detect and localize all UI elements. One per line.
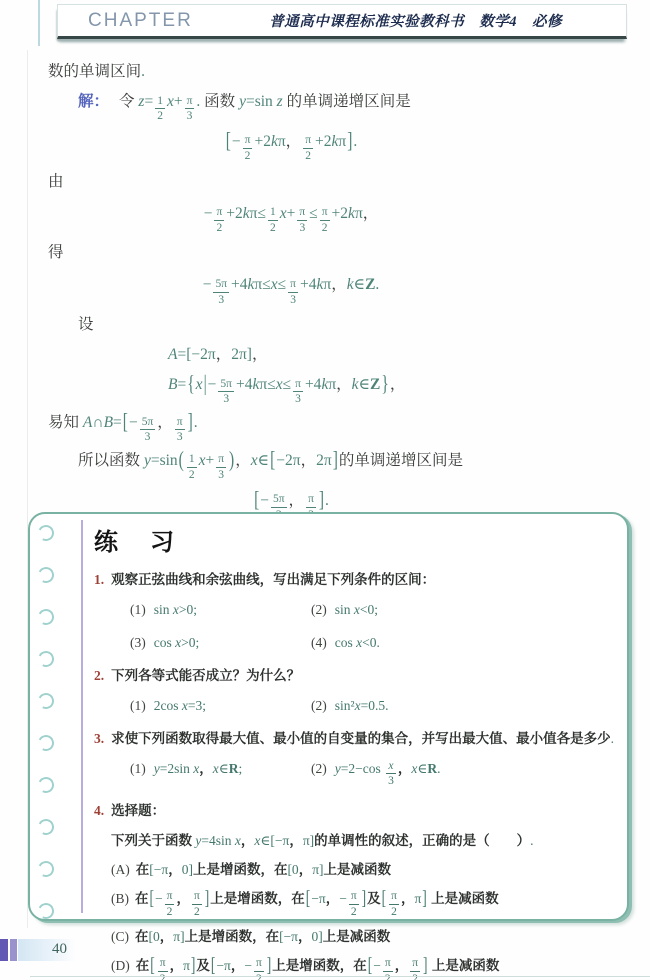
book-title: 普通高中课程标准实验教科书 数学4 必修	[269, 10, 562, 31]
exercise-item: 1.观察正弦曲线和余弦曲线，写出满足下列条件的区间：(1)sin x>0;(2)…	[94, 569, 617, 653]
exercise-item-number: 1.	[94, 572, 104, 587]
exercise-box: 练 习 1.观察正弦曲线和余弦曲线，写出满足下列条件的区间：(1)sin x>0…	[28, 512, 629, 921]
exercise-items: 1.观察正弦曲线和余弦曲线，写出满足下列条件的区间：(1)sin x>0;(2)…	[94, 569, 617, 980]
solution-step-label: 解：	[78, 93, 109, 110]
solution-line: 数的单调区间.	[48, 58, 534, 85]
solution-line: 由	[48, 168, 534, 195]
exercise-subitems: (1)y=2sin x，x∈R;(2)y=2−cos x3，x∈R.	[130, 758, 617, 788]
margin-rule	[81, 520, 83, 913]
solution-line: −5π3+4kπ≤x≤π3+4kπ，k∈Z.	[48, 271, 534, 306]
fraction: π3	[216, 453, 226, 481]
solution-line: 设	[48, 311, 534, 338]
exercise-subitems: (1)sin x>0;(2)sin x<0;(3)cos x>0;(4)cos …	[130, 599, 617, 653]
exercise-item-number: 2.	[94, 668, 104, 683]
fraction: π3	[293, 378, 303, 406]
exercise-item-text: 求使下列函数取得最大值、最小值的自变量的集合，并写出最大值、最小值各是多少.	[111, 731, 614, 746]
option-label: (C)	[111, 929, 129, 944]
fraction: 5π3	[218, 378, 234, 406]
exercise-question-stem: 下列关于函数 y=4sin x，x∈[−π，π]的单调性的叙述，正确的是（ ）.	[111, 830, 617, 851]
subitem-label: (2)	[311, 698, 327, 713]
fraction: π2	[320, 206, 330, 234]
footer-block-dark	[0, 939, 8, 961]
subitem-label: (1)	[130, 698, 146, 713]
exercise-subitem: (2)y=2−cos x3，x∈R.	[311, 758, 617, 788]
option-label: (D)	[111, 958, 130, 973]
exercise-item-number: 4.	[94, 803, 104, 818]
exercise-subitem: (2)sin²x=0.5.	[311, 695, 617, 716]
exercise-item-text: 观察正弦曲线和余弦曲线，写出满足下列条件的区间：	[111, 572, 435, 587]
binder-hole-icon	[36, 817, 56, 837]
option-label: (A)	[111, 862, 130, 877]
exercise-item-text: 选择题：	[111, 803, 165, 818]
fraction: π2	[349, 890, 359, 918]
binder-hole-icon	[36, 649, 56, 669]
exercise-subitems: (1)2cos x=3;(2)sin²x=0.5.	[130, 695, 617, 716]
fraction: 5π3	[140, 416, 156, 444]
exercise-content: 练 习 1.观察正弦曲线和余弦曲线，写出满足下列条件的区间：(1)sin x>0…	[94, 520, 617, 980]
footer-wash	[18, 939, 76, 961]
subitem-label: (2)	[311, 761, 327, 776]
solution-line: −π2+2kπ≤12x+π3≤π2+2kπ，	[48, 200, 534, 235]
subitem-label: (3)	[130, 635, 146, 650]
fraction: π2	[303, 134, 313, 162]
exercise-item-number: 3.	[94, 731, 104, 746]
subitem-label: (2)	[311, 602, 327, 617]
exercise-item: 2.下列各等式能否成立？为什么？(1)2cos x=3;(2)sin²x=0.5…	[94, 665, 617, 716]
solution-line: B={x|−5π3+4kπ≤x≤π3+4kπ，k∈Z}，	[48, 371, 534, 406]
fraction: π2	[165, 890, 175, 918]
fraction: π2	[192, 890, 202, 918]
page-number: 40	[52, 941, 67, 958]
fraction: π3	[185, 95, 195, 123]
solution-line: 所以函数 y=sin(12x+π3)，x∈[−2π，2π]的单调递增区间是	[48, 447, 534, 482]
binder-hole-icon	[36, 565, 56, 585]
fraction: π3	[297, 206, 307, 234]
exercise-item: 4.选择题：下列关于函数 y=4sin x，x∈[−π，π]的单调性的叙述，正确…	[94, 800, 617, 980]
exercise-item-text: 下列各等式能否成立？为什么？	[111, 668, 300, 683]
solution-line: 易知 A∩B=[−5π3，π3].	[48, 409, 534, 444]
exercise-subitem: (3)cos x>0;	[130, 632, 311, 653]
subitem-label: (1)	[130, 761, 146, 776]
subitem-label: (1)	[130, 602, 146, 617]
fraction: π3	[288, 278, 298, 306]
option-label: (B)	[111, 891, 129, 906]
choice-option: (C)在[0，π]上是增函数，在[−π，0]上是减函数	[111, 926, 617, 947]
fraction: 12	[187, 453, 197, 481]
exercise-subitem: (1)2cos x=3;	[130, 695, 311, 716]
fraction: π2	[389, 890, 399, 918]
chapter-label: CHAPTER	[88, 10, 193, 32]
solution-line: A=[−2π，2π]，	[48, 341, 534, 368]
exercise-item: 3.求使下列函数取得最大值、最小值的自变量的集合，并写出最大值、最小值各是多少.…	[94, 728, 617, 788]
solution-line: [−π2+2kπ，π2+2kπ].	[48, 128, 534, 163]
fraction: 5π3	[213, 278, 229, 306]
footer-rule	[30, 976, 650, 977]
subitem-label: (4)	[311, 635, 327, 650]
binder-hole-icon	[36, 691, 56, 711]
page-header: CHAPTER 普通高中课程标准实验教科书 数学4 必修	[57, 4, 627, 39]
binder-hole-icon	[36, 733, 56, 753]
textbook-page: CHAPTER 普通高中课程标准实验教科书 数学4 必修 数的单调区间.解：令 …	[0, 0, 650, 980]
fraction: 12	[155, 95, 165, 123]
footer-block-light	[10, 939, 17, 961]
solution-line: 解：令 z=12x+π3. 函数 y=sin z 的单调递增区间是	[48, 88, 534, 123]
exercise-title: 练 习	[94, 522, 617, 557]
fraction: π2	[243, 134, 253, 162]
exercise-subitem: (1)sin x>0;	[130, 599, 311, 620]
solution-section: 数的单调区间.解：令 z=12x+π3. 函数 y=sin z 的单调递增区间是…	[48, 58, 534, 527]
exercise-subitem: (2)sin x<0;	[311, 599, 617, 620]
fraction: π2	[214, 206, 224, 234]
solution-line: 得	[48, 239, 534, 266]
choice-option: (B)在[−π2，π2]上是增函数，在[−π，−π2]及[π2，π] 上是减函数	[111, 888, 617, 918]
binder-hole-icon	[36, 901, 56, 921]
binder-hole-icon	[36, 859, 56, 879]
binder-hole-icon	[36, 523, 56, 543]
exercise-subitem: (4)cos x<0.	[311, 632, 617, 653]
header-accent-line	[38, 0, 40, 46]
fraction: 12	[268, 206, 278, 234]
fraction: x3	[386, 760, 396, 788]
binder-hole-icon	[36, 775, 56, 795]
binder-hole-icon	[36, 607, 56, 627]
exercise-subitem: (1)y=2sin x，x∈R;	[130, 758, 311, 788]
choice-option: (A)在[−π，0]上是增函数，在[0，π]上是减函数	[111, 859, 617, 880]
